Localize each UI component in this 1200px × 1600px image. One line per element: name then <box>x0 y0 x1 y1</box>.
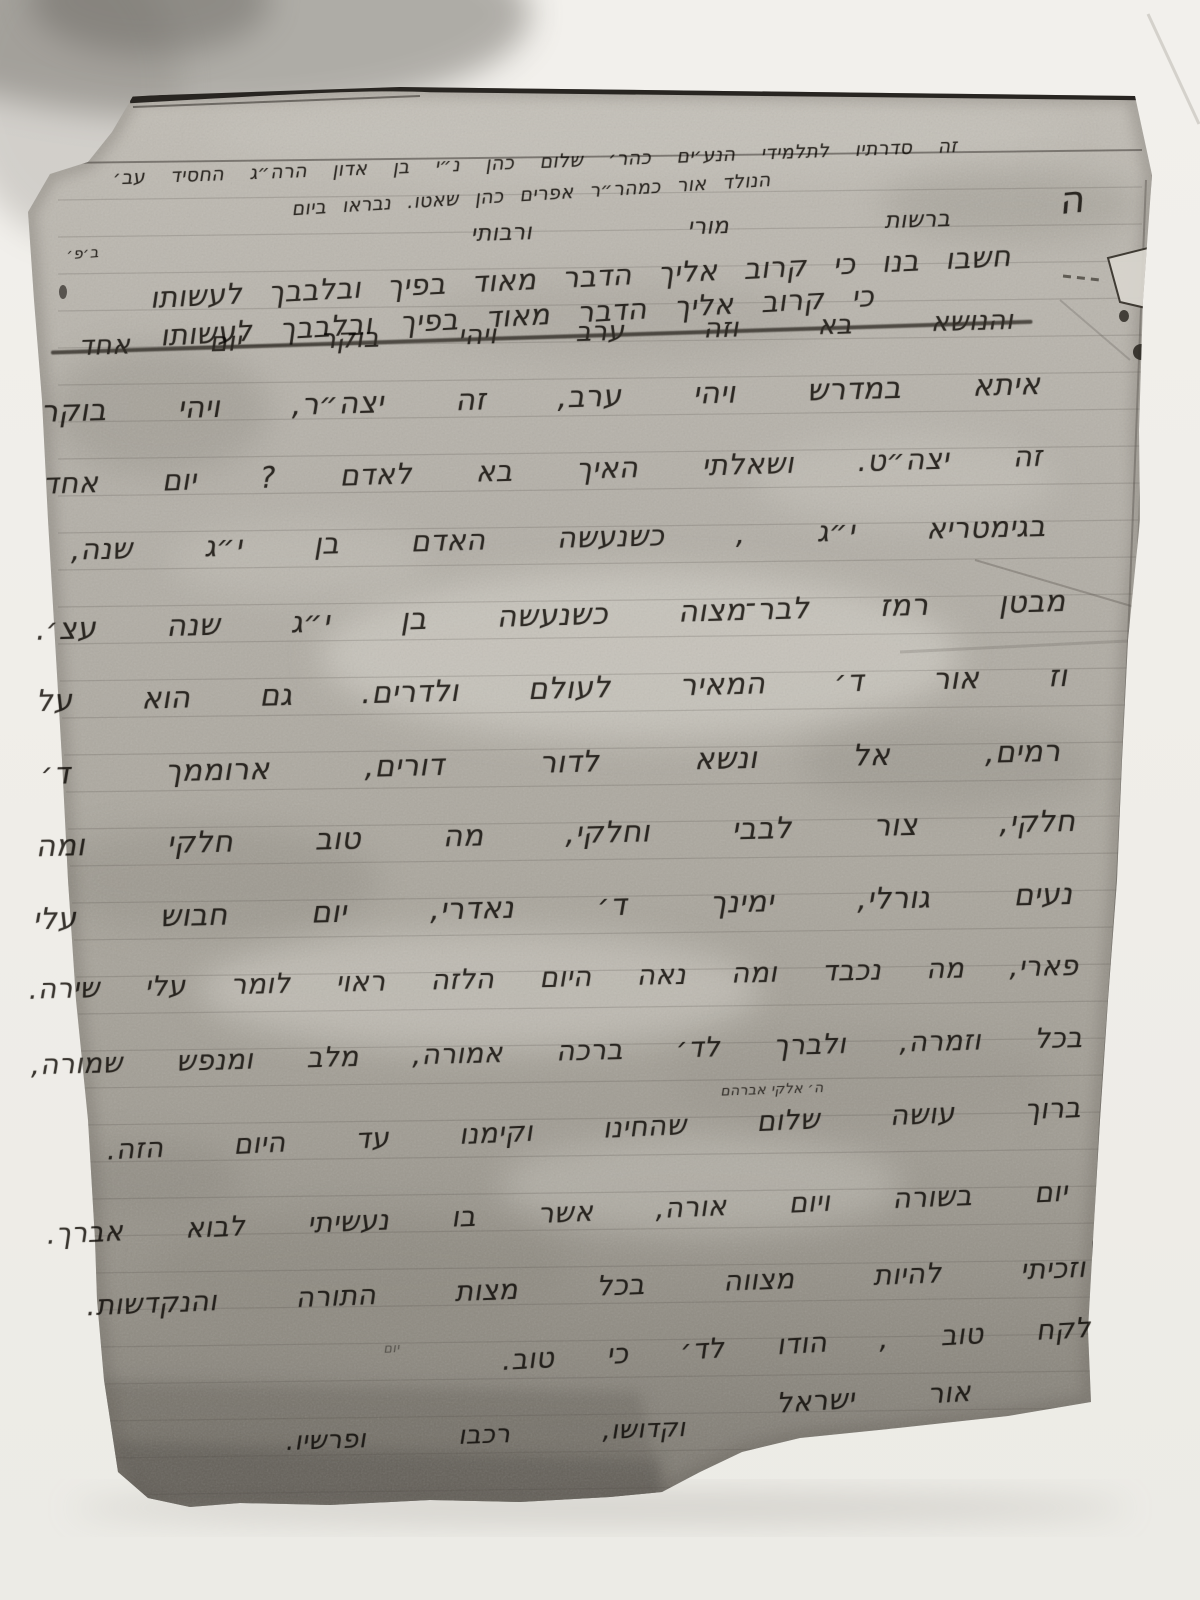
scanned-paper-artwork <box>0 0 1200 1600</box>
manuscript-photo-page: זה סדרתיו לתלמידי הנע׳ים כהר׳ שלום כהן נ… <box>0 0 1200 1600</box>
